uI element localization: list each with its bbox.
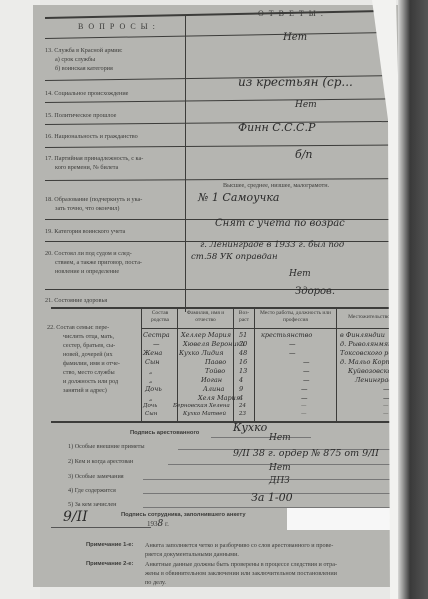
note-1-text-line-2: ряется документальными данными. [145,550,239,559]
q16-answer: Финн С.С.С.Р [238,121,315,134]
header-bottom-rule [45,32,395,39]
q13-answer: Нет [283,32,307,43]
family-col-line [233,308,234,423]
signature-line [211,437,311,438]
note-2-text-line-2: жены в обвинительном заключении или закл… [145,569,337,578]
arrest-item-2-label: 2) Кем и когда арестован [68,457,133,466]
background-right [398,0,428,599]
q22-label-line: новей, дочерей (их [63,350,113,359]
q18-label: 18. Образование (подчеркнуть и ука- [45,195,142,204]
col-name: Фамилия, имя и отчество [179,310,232,324]
q18-label-2: зать точно, что окончил) [55,204,119,213]
q20-answer-line-2: ст.58 УК оправдан [191,252,278,262]
arrest-item-5-label: 5) За кем зачислен [68,500,116,509]
note-2-text-line-1: Анкетные данные должны быть проверены в … [145,560,337,569]
col-relation: Состав родства [144,310,176,324]
q13-sub-a: а) срок службы [55,55,95,64]
arrest-item-3-label: 3) Особые замечания [68,472,124,481]
arrest-item-4-label: 4) Где содержится [68,486,116,495]
q20-label-2: ствием, а также приговор, поста- [55,258,142,267]
arrest-item-5-value: За 1-00 [251,491,293,504]
family-top-rule [51,307,401,309]
year: 1938 г. [147,520,169,529]
q22-label-line: числить отца, мать, [63,332,114,341]
q16-label: 16. Национальность и гражданство [45,132,138,141]
q17-label-2: кого времени, № билета [55,163,118,172]
q13-label: 13. Служба в Красной армии: [45,46,123,55]
q22-label: 22. Состав семьи: пере- [47,323,109,332]
note-2-text-line-3: по делу. [145,578,166,587]
q14-label: 14. Социальное происхождение [45,89,128,98]
q15-answer: Нет [295,100,317,110]
header-answers: ОТВЕТЫ: [258,9,328,18]
family-col-line [141,308,142,423]
q15-label: 15. Политическое прошлое [45,111,116,120]
note-1-text-line-1: Анкета заполняется четко и разборчиво со… [145,541,333,550]
arrest-item-2-value: 9/II 38 г. ордер № 875 от 9/II [233,448,379,459]
row-rule [45,121,395,125]
q18-answer: № 1 Самоучка [198,191,279,204]
q21-answer: Здоров. [295,286,335,297]
q22-label-line: занятий и адрес) [63,386,107,395]
col-age: Воз-раст [235,310,253,324]
q14-answer: из крестьян (ср... [238,75,353,89]
row-rule [45,178,395,181]
arrest-item-4-value: ДПЗ [269,476,290,486]
arrestee-signature-label: Подпись арестованного [130,429,199,438]
q21-label: 21. Состояние здоровья [45,296,107,305]
q22-label-line: ство, место службы [63,368,115,377]
q20-label: 20. Состоял ли под судом и след- [45,249,132,258]
q13-sub-b: б) воинская категория [55,64,113,73]
col-work: Место работы, должность или профессия [256,310,335,324]
q22-label-line: сестер, братьев, сы- [63,341,115,350]
officer-signature-label: Подпись сотрудника, заполнившего анкету [121,511,246,520]
row-rule [45,98,395,103]
arrest-item-1-label: 1) Особые внешние приметы [68,442,145,451]
row-rule [45,289,395,290]
family-col-line [336,308,337,423]
q22-label-line: фамилии, имя и отче- [63,359,120,368]
q17-label: 17. Партийная принадлежность, с ка- [45,154,143,163]
q22-label-line: и должность или род [63,377,118,386]
q20-answer-line-1: г. Ленинграде в 1933 г. был под [200,240,344,250]
note-1-label: Примечание 1-е: [86,541,133,550]
q19-answer: Снят с учета по возрас [215,218,345,229]
date-line [51,527,151,528]
q17-answer: б/п [295,148,313,161]
arrestee-signature: Кухко [233,421,267,434]
family-header-rule [141,328,403,329]
q18-printed-options: Высшее, среднее, низшее, малограмотн. [223,181,329,190]
q19-label: 19. Категория воинского учета [45,227,125,236]
arrest-item-1-value: Нет [269,433,291,443]
q20-answer-line-3: Нет [289,269,311,279]
fill-date: 9/II [63,509,88,525]
row-rule [45,145,395,148]
column-divider [185,15,186,312]
questionnaire-page: ВОПРОСЫ: ОТВЕТЫ: 13. Служба в Красной ар… [33,5,411,587]
q20-label-3: новление и определение [55,267,119,276]
arrest-item-3-value: Нет [269,463,291,473]
header-top-rule [45,10,395,19]
family-col-line [254,308,255,423]
header-questions: ВОПРОСЫ: [78,22,160,31]
note-2-label: Примечание 2-е: [86,560,133,569]
family-bottom-rule [51,421,401,423]
